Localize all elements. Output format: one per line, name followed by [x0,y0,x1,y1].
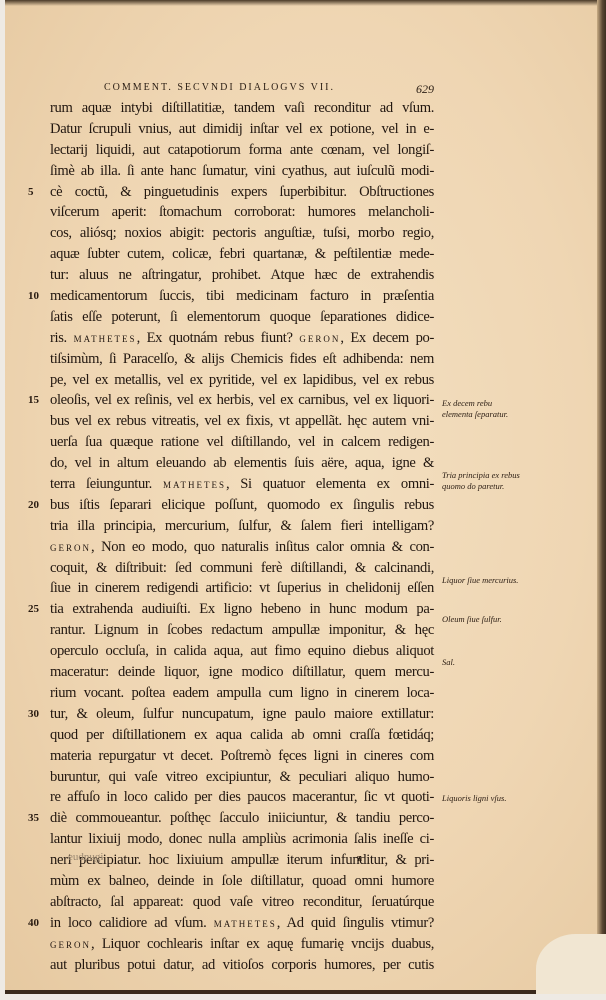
line-text: pe, vel ex metallis, vel ex pyritide, ve… [50,370,434,391]
text-line: uerſa ſua quæque ratione vel diſtillando… [50,432,434,453]
line-text: rantur. Lignum in ſcobes redactum ampull… [50,620,434,641]
line-text: materia repurgatur vt decet. Poſtremò fę… [50,746,434,767]
marginal-note: Liquor ſiue mer­curius. [442,575,522,586]
marginal-note: Sal. [442,657,522,668]
line-number: 30 [28,704,39,725]
line-text: neri percipiatur. hoc lixiuium ampullæ i… [50,850,434,871]
line-text: buruntur, qui vaſe vitreo excipiuntur, &… [50,767,434,788]
line-text: oleoſis, vel ex reſinis, vel ex herbis, … [50,390,434,411]
text-line: ris. MATHETES, Ex quotnám rebus fiunt? G… [50,328,434,349]
speaker-name: GERON [50,543,91,553]
faint-show-through-text: eudnugi [68,851,103,863]
line-number: 5 [28,182,34,203]
text-line: do, vel in altum eleuando ab elementis ſ… [50,453,434,474]
line-text: in loco calidiore ad vſum. MATHETES, Ad … [50,913,434,935]
text-line: maceratur: deinde liquor, igne modico di… [50,662,434,683]
marginal-note: Ex decem rebu elementa ſepara­tur. [442,398,522,420]
text-line: 30tur, & oleum, ſulfur nuncupatum, igne … [50,704,434,725]
page-number: 629 [416,82,434,97]
line-text: tur, & oleum, ſulfur nuncupatum, igne pa… [50,704,434,725]
speaker-name: MATHETES [74,334,137,344]
line-text: tur: aluus ne aſtringatur, prohibet. Atq… [50,265,434,286]
text-line: 5cè coctũ, & pinguetudinis expers ſuperb… [50,182,434,203]
text-line: quod per diſtillationem ex aqua calida a… [50,725,434,746]
speaker-name: MATHETES [214,919,277,929]
text-line: aut pluribus potui datur, ad vitioſos co… [50,955,434,976]
text-line: 25tia extrahenda audiuiſti. Ex ligno heb… [50,599,434,620]
line-text: maceratur: deinde liquor, igne modico di… [50,662,434,683]
text-line: rum aquæ intybi diſtillatitiæ, tandem va… [50,98,434,119]
text-line: terra ſeiunguntur. MATHETES, Si quatuor … [50,474,434,495]
text-line: rium vocant. poſtea eadem ampulla cum li… [50,683,434,704]
line-text: coquit, & diſtribuit: ſed communi ferè d… [50,558,434,579]
scanned-book-page: COMMENT. SECVNDI DIALOGVS VII. 629 rum a… [0,0,606,1000]
line-text: tiſsimùm, ſi Paracelſo, & alijs Chemicis… [50,349,434,370]
running-header: COMMENT. SECVNDI DIALOGVS VII. 629 [104,82,434,97]
line-text: lantur lixiuij modo, donec nulla ampliùs… [50,829,434,850]
text-line: bus vel ex rebus vitreatis, vel ex fixis… [50,411,434,432]
line-text: bus vel ex rebus vitreatis, vel ex fixis… [50,411,434,432]
line-text: tia extrahenda audiuiſti. Ex ligno heben… [50,599,434,620]
line-text: medicamentorum ſuccis, tibi medicinam fa… [50,286,434,307]
main-text-block: rum aquæ intybi diſtillatitiæ, tandem va… [50,98,434,975]
line-text: ſimè ab illa. ſi ante hanc ſumatur, vini… [50,161,434,182]
line-number: 15 [28,390,39,411]
line-text: lectarij liquidi, aut catapotiorum forma… [50,140,434,161]
text-line: GERON, Liquor cochlearis inſtar ex aquę … [50,934,434,955]
line-number: 20 [28,495,39,516]
line-text: ſiue in cinerem redigendi artificio: vt … [50,578,434,599]
line-text: ſatis eſſe poterunt, ſi elementorum quoq… [50,307,434,328]
line-text: cè coctũ, & pinguetudinis expers ſuperbi… [50,182,434,203]
text-line: abſtracto, ſal appareat: quod vaſe vitre… [50,892,434,913]
text-line: Datur ſcrupuli vnius, aut dimidij inſtar… [50,119,434,140]
text-line: 15oleoſis, vel ex reſinis, vel ex herbis… [50,390,434,411]
text-line: lectarij liquidi, aut catapotiorum forma… [50,140,434,161]
line-text: bus iſtis ſeparari elicique poſſunt, quo… [50,495,434,516]
line-text: aquæ ſubter cutem, colicæ, febri quartan… [50,244,434,265]
text-line: pe, vel ex metallis, vel ex pyritide, ve… [50,370,434,391]
line-text: abſtracto, ſal appareat: quod vaſe vitre… [50,892,434,913]
marginal-note: Tria principia ex rebus quomo do paretur… [442,470,522,492]
text-line: rantur. Lignum in ſcobes redactum ampull… [50,620,434,641]
marginal-note: Liquoris ligni vſus. [442,793,522,804]
line-text: ris. MATHETES, Ex quotnám rebus fiunt? G… [50,328,434,350]
line-text: Datur ſcrupuli vnius, aut dimidij inſtar… [50,119,434,140]
text-line: GERON, Non eo modo, quo naturalis inſitu… [50,537,434,558]
speaker-name: MATHETES [163,480,226,490]
line-number: 35 [28,808,39,829]
text-line: ſimè ab illa. ſi ante hanc ſumatur, vini… [50,161,434,182]
marginal-note: Oleum ſiue ſul­fur. [442,614,522,625]
line-text: operculo occluſa, in calida aqua, aut fi… [50,641,434,662]
text-line: buruntur, qui vaſe vitreo excipiuntur, &… [50,767,434,788]
line-text: rium vocant. poſtea eadem ampulla cum li… [50,683,434,704]
text-line: mùm ex balneo, deinde in ſole diſtillatu… [50,871,434,892]
text-line: 10medicamentorum ſuccis, tibi medicinam … [50,286,434,307]
line-text: viſcerum aperit: ſtomachum corroborat: h… [50,202,434,223]
line-number: 10 [28,286,39,307]
text-line: viſcerum aperit: ſtomachum corroborat: h… [50,202,434,223]
text-line: tria illa principia, mercurium, ſulfur, … [50,516,434,537]
speaker-name: GERON [299,334,340,344]
text-line: operculo occluſa, in calida aqua, aut fi… [50,641,434,662]
text-line: 35diè commoueantur. poſthęc ſacculo inii… [50,808,434,829]
line-number: 25 [28,599,39,620]
line-number: 40 [28,913,39,934]
line-text: re affuſo in loco calido per dies paucos… [50,787,434,808]
text-line: aquæ ſubter cutem, colicæ, febri quartan… [50,244,434,265]
line-text: GERON, Liquor cochlearis inſtar ex aquę … [50,934,434,956]
page-top-shadow [5,0,606,6]
signature-mark: z [357,852,362,864]
text-line: re affuſo in loco calido per dies paucos… [50,787,434,808]
line-text: tria illa principia, mercurium, ſulfur, … [50,516,434,537]
text-line: neri percipiatur. hoc lixiuium ampullæ i… [50,850,434,871]
text-line: tiſsimùm, ſi Paracelſo, & alijs Chemicis… [50,349,434,370]
speaker-name: GERON [50,940,91,950]
text-line: coquit, & diſtribuit: ſed communi ferè d… [50,558,434,579]
text-line: cos, aliósq; noxios abigit: pectoris ang… [50,223,434,244]
running-title: COMMENT. SECVNDI DIALOGVS VII. [104,82,335,97]
text-line: 40in loco calidiore ad vſum. MATHETES, A… [50,913,434,934]
text-line: 20bus iſtis ſeparari elicique poſſunt, q… [50,495,434,516]
line-text: diè commoueantur. poſthęc ſacculo iniici… [50,808,434,829]
line-text: GERON, Non eo modo, quo naturalis inſitu… [50,537,434,559]
text-line: ſiue in cinerem redigendi artificio: vt … [50,578,434,599]
text-line: ſatis eſſe poterunt, ſi elementorum quoq… [50,307,434,328]
text-line: materia repurgatur vt decet. Poſtremò fę… [50,746,434,767]
line-text: terra ſeiunguntur. MATHETES, Si quatuor … [50,474,434,496]
line-text: cos, aliósq; noxios abigit: pectoris ang… [50,223,434,244]
text-line: tur: aluus ne aſtringatur, prohibet. Atq… [50,265,434,286]
line-text: rum aquæ intybi diſtillatitiæ, tandem va… [50,98,434,119]
line-text: mùm ex balneo, deinde in ſole diſtillatu… [50,871,434,892]
text-line: lantur lixiuij modo, donec nulla ampliùs… [50,829,434,850]
line-text: uerſa ſua quæque ratione vel diſtillando… [50,432,434,453]
book-page-edges [597,0,606,960]
line-text: quod per diſtillationem ex aqua calida a… [50,725,434,746]
line-text: do, vel in altum eleuando ab elementis ſ… [50,453,434,474]
line-text: aut pluribus potui datur, ad vitioſos co… [50,955,434,976]
